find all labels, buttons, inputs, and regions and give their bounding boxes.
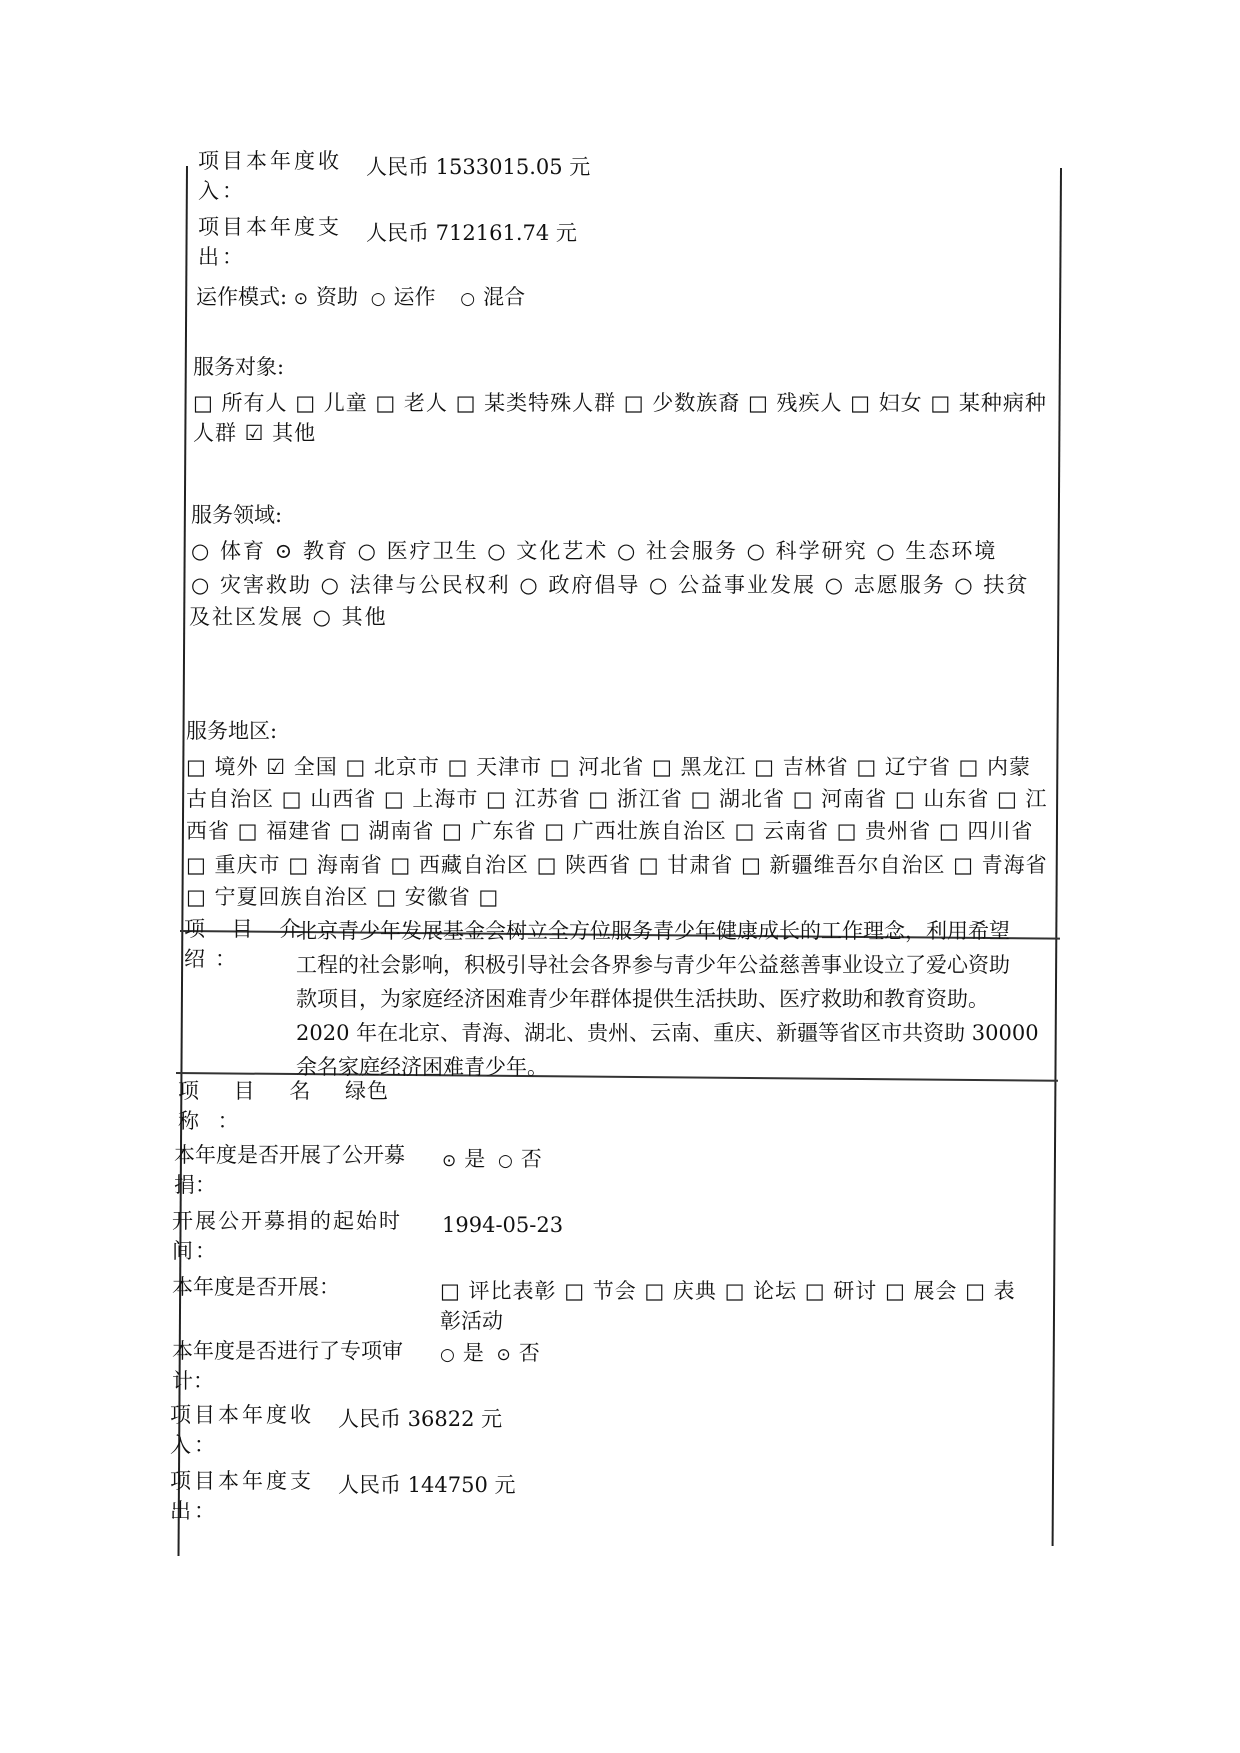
label-line: 捐：: [174, 1170, 434, 1200]
label-line: 项目本年度收: [170, 1400, 335, 1430]
service-regions-line-3[interactable]: 西省 □ 福建省 □ 湖南省 □ 广东省 □ 广西壮族自治区 □ 云南省 □ 贵…: [186, 816, 1033, 846]
label-line: 出：: [170, 1496, 335, 1526]
project2-expense-value: 人民币 144750 元: [338, 1470, 516, 1500]
fundraising-start-value: 1994-05-23: [442, 1210, 563, 1240]
radio-selected-icon: ⊙: [442, 1151, 456, 1171]
service-regions-label: 服务地区:: [186, 716, 277, 746]
service-regions-line-1[interactable]: □ 境外 ☑ 全国 □ 北京市 □ 天津市 □ 河北省 □ 黑龙江 □ 吉林省 …: [186, 752, 1031, 782]
radio-empty-icon: ○: [440, 1345, 455, 1365]
intro-line: 2020 年在北京、青海、湖北、贵州、云南、重庆、新疆等省区市共资助 30000: [296, 1016, 1039, 1050]
radio-yes[interactable]: ○是: [440, 1341, 484, 1365]
label-line: 间：: [172, 1236, 432, 1266]
label-line: 出：: [198, 242, 363, 272]
service-targets-line-1[interactable]: □ 所有人 □ 儿童 □ 老人 □ 某类特殊人群 □ 少数族裔 □ 残疾人 □ …: [193, 388, 1047, 418]
radio-no[interactable]: ○否: [498, 1147, 542, 1171]
label-line: 项目本年度收: [198, 146, 363, 176]
label-line: 入：: [170, 1430, 335, 1460]
option-label: 资助: [316, 285, 358, 309]
radio-empty-icon: ○: [371, 289, 386, 309]
project2-expense-label: 项目本年度支 出：: [170, 1466, 335, 1526]
project1-income-value: 人民币 1533015.05 元: [366, 152, 590, 182]
label-line: 本年度是否开展了公开募: [174, 1140, 434, 1170]
service-regions-line-4[interactable]: □ 重庆市 □ 海南省 □ 西藏自治区 □ 陕西省 □ 甘肃省 □ 新疆维吾尔自…: [186, 850, 1048, 880]
radio-operation[interactable]: ○运作: [371, 285, 436, 309]
operation-mode-label: 运作模式:: [196, 285, 287, 309]
service-regions-line-2[interactable]: 古自治区 □ 山西省 □ 上海市 □ 江苏省 □ 浙江省 □ 湖北省 □ 河南省…: [186, 784, 1048, 814]
intro-line: 款项目，为家庭经济困难青少年群体提供生活扶助、医疗救助和教育资助。: [296, 982, 1039, 1016]
option-label: 运作: [394, 285, 436, 309]
label-line: 计：: [172, 1366, 432, 1396]
radio-no[interactable]: ⊙否: [497, 1341, 540, 1365]
public-fundraising-options: ⊙是 ○否: [442, 1144, 548, 1176]
radio-selected-icon: ⊙: [294, 289, 308, 309]
radio-yes[interactable]: ⊙是: [442, 1147, 485, 1171]
service-fields-label: 服务领域:: [191, 500, 282, 530]
intro-label: 项 目 介 绍：: [184, 914, 310, 974]
intro-line: 北京青少年发展基金会树立全方位服务青少年健康成长的工作理念，利用希望: [296, 914, 1039, 948]
radio-funding[interactable]: ⊙资助: [294, 285, 358, 309]
label-line: 绍：: [184, 944, 310, 974]
special-audit-options: ○是 ⊙否: [440, 1338, 546, 1370]
operation-mode-row: 运作模式: ⊙资助 ○运作 ○混合: [196, 282, 531, 314]
service-fields-line-1[interactable]: ○ 体育 ⊙ 教育 ○ 医疗卫生 ○ 文化艺术 ○ 社会服务 ○ 科学研究 ○ …: [191, 536, 997, 566]
radio-empty-icon: ○: [460, 289, 475, 309]
label-line: 项目本年度支: [198, 212, 363, 242]
special-audit-label: 本年度是否进行了专项审 计：: [172, 1336, 432, 1396]
intro-text: 北京青少年发展基金会树立全方位服务青少年健康成长的工作理念，利用希望 工程的社会…: [296, 914, 1039, 1084]
label-line: 项 目 名: [178, 1079, 324, 1103]
project2-name-value: 绿色: [345, 1079, 389, 1103]
project1-expense-value: 人民币 712161.74 元: [366, 218, 577, 248]
project1-expense-label: 项目本年度支 出：: [198, 212, 363, 272]
activities-label: 本年度是否开展：: [172, 1272, 340, 1302]
label-line: 项 目 介: [184, 914, 310, 944]
activities-line-2[interactable]: 彰活动: [440, 1306, 503, 1336]
table-border-right: [1052, 168, 1062, 1546]
project2-income-value: 人民币 36822 元: [338, 1404, 502, 1434]
document-page: 项目本年度收 入： 人民币 1533015.05 元 项目本年度支 出： 人民币…: [0, 0, 1240, 1753]
option-label: 否: [521, 1147, 542, 1171]
intro-line: 余名家庭经济困难青少年。: [296, 1050, 1039, 1084]
project1-income-label: 项目本年度收 入：: [198, 146, 363, 206]
project2-income-label: 项目本年度收 入：: [170, 1400, 335, 1460]
label-line: 称 ：: [178, 1106, 389, 1136]
intro-line: 工程的社会影响，积极引导社会各界参与青少年公益慈善事业设立了爱心资助: [296, 948, 1039, 982]
label-line: 本年度是否进行了专项审: [172, 1336, 432, 1366]
label-line: 入：: [198, 176, 363, 206]
radio-selected-icon: ⊙: [497, 1345, 511, 1365]
option-label: 是: [463, 1341, 484, 1365]
service-regions-line-5[interactable]: □ 宁夏回族自治区 □ 安徽省 □: [186, 882, 499, 912]
service-fields-line-3[interactable]: 及社区发展 ○ 其他: [189, 602, 388, 632]
label-line: 项目本年度支: [170, 1466, 335, 1496]
radio-mixed[interactable]: ○混合: [460, 285, 525, 309]
activities-line-1[interactable]: □ 评比表彰 □ 节会 □ 庆典 □ 论坛 □ 研讨 □ 展会 □ 表: [440, 1276, 1016, 1306]
service-fields-line-2[interactable]: ○ 灾害救助 ○ 法律与公民权利 ○ 政府倡导 ○ 公益事业发展 ○ 志愿服务 …: [191, 570, 1029, 600]
option-label: 混合: [483, 285, 525, 309]
fundraising-start-label: 开展公开募捐的起始时 间：: [172, 1206, 432, 1266]
option-label: 否: [519, 1341, 540, 1365]
project2-name-row: 项 目 名 绿色 称 ：: [178, 1076, 389, 1136]
option-label: 是: [464, 1147, 485, 1171]
public-fundraising-label: 本年度是否开展了公开募 捐：: [174, 1140, 434, 1200]
label-line: 开展公开募捐的起始时: [172, 1206, 432, 1236]
radio-empty-icon: ○: [498, 1151, 513, 1171]
service-targets-label: 服务对象:: [193, 352, 284, 382]
service-targets-line-2[interactable]: 人群 ☑ 其他: [193, 418, 316, 448]
